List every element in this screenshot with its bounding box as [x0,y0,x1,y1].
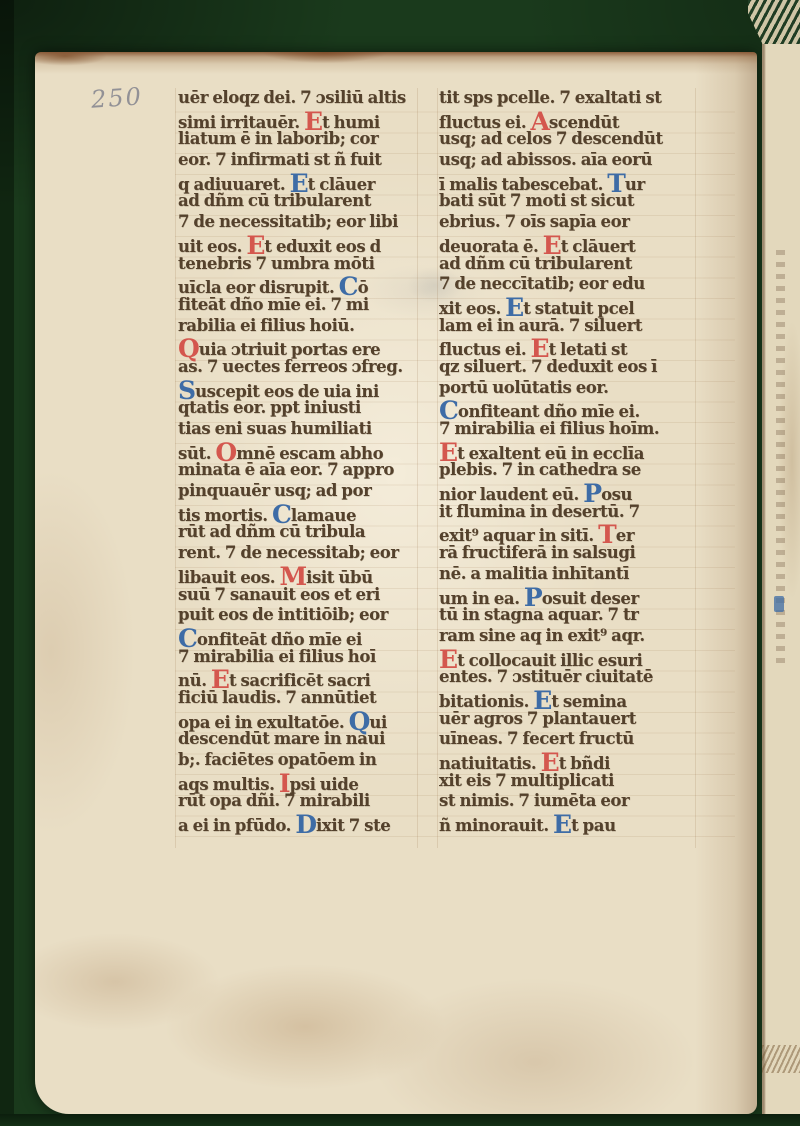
text-line-right-24: nē. a malitia inhītantī [439,564,691,585]
text-line-right-25: um in ea. Posuit deser [439,585,691,606]
text-line-right-35: st nimis. 7 iumēta eor [439,791,691,812]
next-page-edge[interactable] [762,40,800,1114]
text-segment: 7 de necessitatib; eor libi [178,212,398,231]
text-segment: lam ei in aurā. 7 siluert [439,316,642,335]
text-segment: rūt opa dñi. 7 mirabili [178,791,370,810]
text-segment: rā fructiferā in salsugi [439,543,635,562]
text-line-left-26: puit eos de intitiōib; eor [178,605,416,626]
text-line-right-2: fluctus ei. Ascendūt [439,109,691,130]
text-segment: qz siluert. 7 deduxit eos ī [439,357,657,376]
text-segment: rent. 7 de necessitab; eor [178,543,399,562]
text-segment: entes. 7 ɔstituēr ciuitatē [439,667,653,686]
text-line-right-32: uīneas. 7 fecert fructū [439,729,691,750]
text-segment: ñ minorauit. [439,816,553,835]
text-segment: uīneas. 7 fecert fructū [439,729,634,748]
text-segment: 7 mirabilia ei filius hoī [178,647,376,666]
text-segment: portū uolūtatis eor. [439,378,609,397]
blue-initial: D [295,810,316,839]
text-line-left-10: uīcla eor disrupit. Cō [178,274,416,295]
text-line-right-12: lam ei in aurā. 7 siluert [439,316,691,337]
text-line-left-20: pinquauēr usq; ad por [178,481,416,502]
text-line-left-7: 7 de necessitatib; eor libi [178,212,416,233]
text-line-left-27: Confiteāt dño mīe ei [178,626,416,647]
text-line-right-15: portū uolūtatis eor. [439,378,691,399]
text-segment: t pau [571,816,616,835]
text-segment: minata ē aīa eor. 7 appro [178,460,394,479]
ruling-vertical-gutter-right [437,88,438,848]
ruling-vertical-gutter-left [417,88,418,848]
text-line-left-19: minata ē aīa eor. 7 appro [178,460,416,481]
pencil-folio-number: 250 [90,82,144,114]
text-segment: ad dñm cū tribularent [178,191,371,210]
text-segment: qtatis eor. ppt iniusti [178,398,361,417]
page-stack-edges [748,0,800,44]
text-line-left-2: simi irritauēr. Et humi [178,109,416,130]
text-line-left-9: tenebris 7 umbra mōti [178,254,416,275]
text-line-left-32: descendūt mare in naui [178,729,416,750]
text-column-right: tit sps pcelle. 7 exaltati stfluctus ei.… [439,88,691,833]
text-line-right-28: Et collocauit illic esuri [439,647,691,668]
text-segment: puit eos de intitiōib; eor [178,605,388,624]
text-line-right-34: xit eis 7 multiplicati [439,771,691,792]
text-line-right-31: uēr agros 7 plantauert [439,709,691,730]
text-line-right-21: it flumina in desertū. 7 [439,502,691,523]
text-column-left: uēr eloqz dei. 7 ɔsiliū altissimi irrita… [178,88,416,833]
text-line-left-30: ficiū laudis. 7 annūtiet [178,688,416,709]
text-line-left-11: fiteāt dño mīe ei. 7 mi [178,295,416,316]
binding-bottom-edge [0,1114,800,1126]
text-segment: usq; ad abissos. aīa eorū [439,150,652,169]
text-segment: liatum ē in laborib; cor [178,129,378,148]
text-line-left-24: libauit eos. Misit ūbū [178,564,416,585]
text-line-left-3: liatum ē in laborib; cor [178,129,416,150]
text-segment: 7 mirabilia ei filius hoīm. [439,419,659,438]
text-line-right-14: qz siluert. 7 deduxit eos ī [439,357,691,378]
text-segment: uēr agros 7 plantauert [439,709,636,728]
text-line-left-22: rūt ad dñm cū tribula [178,522,416,543]
text-segment: eor. 7 infirmati st ñ fuit [178,150,381,169]
text-line-left-34: aqs multis. Ipsi uide [178,771,416,792]
text-line-right-10: 7 de neccītatib; eor edu [439,274,691,295]
text-line-left-23: rent. 7 de necessitab; eor [178,543,416,564]
text-line-right-11: xit eos. Et statuit pcel [439,295,691,316]
text-line-left-1: uēr eloqz dei. 7 ɔsiliū altis [178,88,416,109]
text-line-left-33: b;. faciētes opatōem in [178,750,416,771]
text-line-right-9: ad dñm cū tribularent [439,254,691,275]
text-line-left-17: tias eni suas humiliati [178,419,416,440]
ruling-vertical-left [175,88,176,848]
text-segment: usq; ad celos 7 descendūt [439,129,663,148]
text-segment: fiteāt dño mīe ei. 7 mi [178,295,369,314]
text-segment: rūt ad dñm cū tribula [178,522,365,541]
text-segment: descendūt mare in naui [178,729,385,748]
text-segment: a ei in pfūdo. [178,816,295,835]
text-line-right-4: usq; ad abissos. aīa eorū [439,150,691,171]
text-segment: st nimis. 7 iumēta eor [439,791,629,810]
text-line-left-16: qtatis eor. ppt iniusti [178,398,416,419]
text-segment: ebrius. 7 oīs sapīa eor [439,212,630,231]
text-segment: tit sps pcelle. 7 exaltati st [439,88,662,107]
text-line-left-8: uit eos. Et eduxit eos d [178,233,416,254]
text-segment: rabilia ei filius hoiū. [178,316,354,335]
text-line-left-31: opa ei in exultatōe. Qui [178,709,416,730]
text-segment: uēr eloqz dei. 7 ɔsiliū altis [178,88,406,107]
text-line-right-27: ram sine aq in exit⁹ aqr. [439,626,691,647]
text-line-right-1: tit sps pcelle. 7 exaltati st [439,88,691,109]
text-segment: suū 7 sanauit eos et eri [178,585,380,604]
text-segment: b;. faciētes opatōem in [178,750,377,769]
next-page-blue-initial-mark [774,596,784,612]
text-line-left-15: Suscepit eos de uia ini [178,378,416,399]
text-line-right-7: ebrius. 7 oīs sapīa eor [439,212,691,233]
text-segment: it flumina in desertū. 7 [439,502,640,521]
text-line-right-19: plebis. 7 in cathedra se [439,460,691,481]
text-line-left-29: nū. Et sacrificēt sacri [178,667,416,688]
text-line-left-25: suū 7 sanauit eos et eri [178,585,416,606]
text-segment: tū in stagna aquar. 7 tr [439,605,638,624]
text-line-right-36: ñ minorauit. Et pau [439,812,691,833]
text-line-right-30: bitationis. Et semina [439,688,691,709]
text-line-left-13: Quia ɔtriuit portas ere [178,336,416,357]
text-segment: tenebris 7 umbra mōti [178,254,374,273]
text-line-left-28: 7 mirabilia ei filius hoī [178,647,416,668]
blue-initial: E [553,810,571,839]
text-segment: pinquauēr usq; ad por [178,481,371,500]
text-line-left-21: tis mortis. Clamaue [178,502,416,523]
text-line-left-12: rabilia ei filius hoiū. [178,316,416,337]
text-line-right-23: rā fructiferā in salsugi [439,543,691,564]
text-line-right-17: 7 mirabilia ei filius hoīm. [439,419,691,440]
text-segment: ram sine aq in exit⁹ aqr. [439,626,645,645]
text-segment: 7 de neccītatib; eor edu [439,274,645,293]
text-line-left-35: rūt opa dñi. 7 mirabili [178,791,416,812]
text-segment: nē. a malitia inhītantī [439,564,629,583]
text-line-left-4: eor. 7 infirmati st ñ fuit [178,150,416,171]
text-segment: xit eis 7 multiplicati [439,771,614,790]
text-line-right-33: natiuitatis. Et bñdi [439,750,691,771]
ruling-vertical-right [695,88,696,848]
text-line-left-6: ad dñm cū tribularent [178,191,416,212]
text-line-right-18: Et exaltent eū in ecclīa [439,440,691,461]
text-line-right-22: exit⁹ aquar in sitī. Ter [439,522,691,543]
text-segment: as. 7 uectes ferreos ɔfreg. [178,357,403,376]
text-line-right-5: ī malis tabescebat. Tur [439,171,691,192]
text-line-right-6: bati sūt 7 moti st sicut [439,191,691,212]
text-segment: plebis. 7 in cathedra se [439,460,641,479]
text-segment: tias eni suas humiliati [178,419,372,438]
text-line-right-3: usq; ad celos 7 descendūt [439,129,691,150]
text-line-left-36: a ei in pfūdo. Dixit 7 ste [178,812,416,833]
text-segment: ficiū laudis. 7 annūtiet [178,688,376,707]
text-line-right-13: fluctus ei. Et letati st [439,336,691,357]
text-line-right-26: tū in stagna aquar. 7 tr [439,605,691,626]
text-line-left-5: q adiuuaret. Et clāuer [178,171,416,192]
text-segment: ixit 7 ste [316,816,390,835]
text-line-right-20: nior laudent eū. Posu [439,481,691,502]
text-line-right-29: entes. 7 ɔstituēr ciuitatē [439,667,691,688]
text-segment: bati sūt 7 moti st sicut [439,191,634,210]
text-line-right-8: deuorata ē. Et clāuert [439,233,691,254]
text-line-left-18: sūt. Omnē escam abho [178,440,416,461]
next-page-edge-fringe [762,1045,800,1073]
text-segment: ad dñm cū tribularent [439,254,632,273]
manuscript-page: 250 uēr eloqz dei. 7 ɔsiliū altissimi ir… [35,52,757,1114]
text-line-right-16: Confiteant dño mīe ei. [439,398,691,419]
text-line-left-14: as. 7 uectes ferreos ɔfreg. [178,357,416,378]
